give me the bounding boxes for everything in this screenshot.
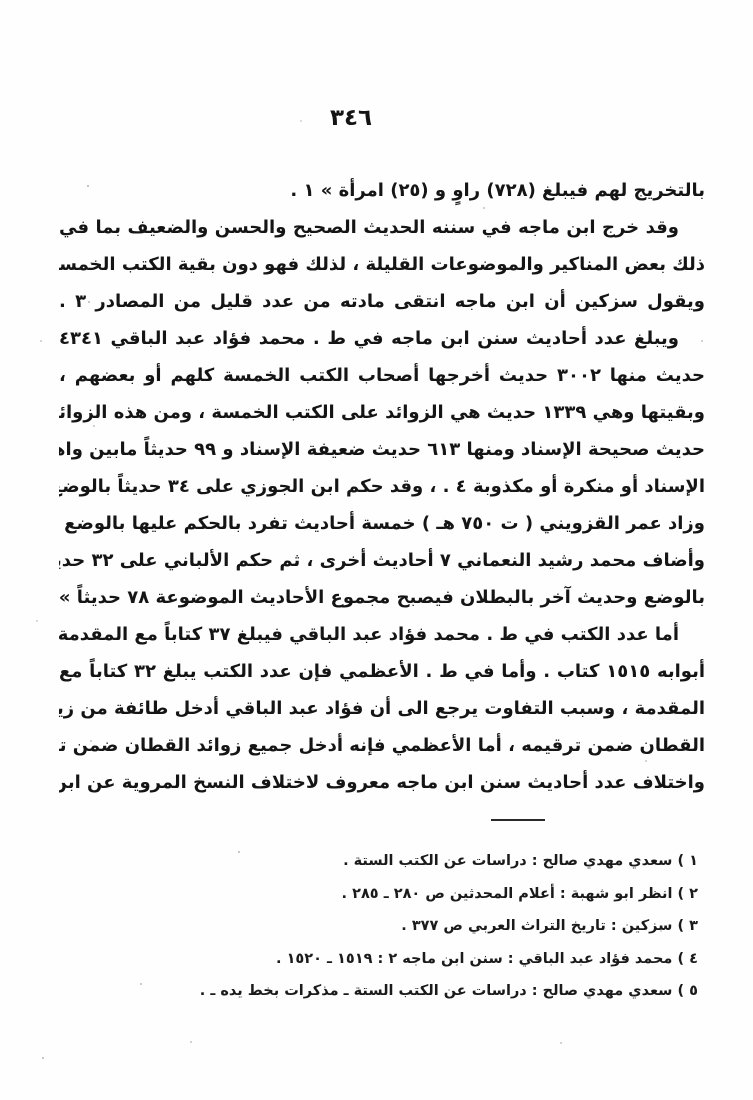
body-text-line: واختلاف عدد أحاديث سنن ابن ماجه معروف لا…: [59, 764, 705, 801]
main-text-block: بالتخريج لهم فيبلغ (٧٢٨) راوٍ و (٢٥) امر…: [59, 172, 705, 801]
body-text-line: ويبلغ عدد أحاديث سنن ابن ماجه في ط . محم…: [59, 320, 705, 357]
page-number: ٣٤٦: [0, 105, 702, 131]
body-text-line: وأضاف محمد رشيد النعماني ٧ أحاديث أخرى ،…: [59, 542, 705, 579]
body-text-line: وبقيتها وهي ١٣٣٩ حديث هي الزوائد على الك…: [59, 394, 705, 431]
body-text-line: حديث منها ٣٠٠٢ حديث أخرجها أصحاب الكتب ا…: [59, 357, 705, 394]
body-text-line: بالتخريج لهم فيبلغ (٧٢٨) راوٍ و (٢٥) امر…: [59, 172, 705, 209]
body-text-line: وقد خرج ابن ماجه في سننه الحديث الصحيح و…: [59, 209, 705, 246]
body-text-line: أما عدد الكتب في ط . محمد فؤاد عبد الباق…: [59, 616, 705, 653]
body-text-line: القطان ضمن ترقيمه ، أما الأعظمي فإنه أدخ…: [59, 727, 705, 764]
body-text-line: وزاد عمر القزويني ( ت ٧٥٠ هـ ) خمسة أحاد…: [59, 505, 705, 542]
footnotes-block: ١ ) سعدي مهدي صالح : دراسات عن الكتب الس…: [138, 845, 698, 1008]
body-text-line: أبوابه ١٥١٥ كتاب . وأما في ط . الأعظمي ف…: [59, 653, 705, 690]
body-text-line: ذلك بعض المناكير والموضوعات القليلة ، لذ…: [59, 246, 705, 283]
scan-speckle: [0, 0, 2, 2]
body-text-line: الإسناد أو منكرة أو مكذوبة ٤ . ، وقد حكم…: [59, 468, 705, 505]
footnote-item: ٥ ) سعدي مهدي صالح : دراسات عن الكتب الس…: [138, 975, 698, 1008]
footnote-separator-rule: [491, 819, 545, 821]
footnote-item: ٢ ) انظر ابو شهبة : أعلام المحدثين ص ٢٨٠…: [138, 878, 698, 911]
footnote-item: ٤ ) محمد فؤاد عبد الباقي : سنن ابن ماجه …: [138, 943, 698, 976]
body-text-line: ويقول سزكين أن ابن ماجه انتقى مادته من ع…: [59, 283, 705, 320]
body-text-line: حديث صحيحة الإسناد ومنها ٦١٣ حديث ضعيفة …: [59, 431, 705, 468]
footnote-item: ٣ ) سزكين : تاريخ التراث العربي ص ٣٧٧ .: [138, 910, 698, 943]
body-text-line: بالوضع وحديث آخر بالبطلان فيصبح مجموع ال…: [59, 579, 705, 616]
scanned-book-page: ٣٤٦ بالتخريج لهم فيبلغ (٧٢٨) راوٍ و (٢٥)…: [0, 0, 753, 1100]
body-text-line: المقدمة ، وسبب التفاوت يرجع الى أن فؤاد …: [59, 690, 705, 727]
footnote-item: ١ ) سعدي مهدي صالح : دراسات عن الكتب الس…: [138, 845, 698, 878]
